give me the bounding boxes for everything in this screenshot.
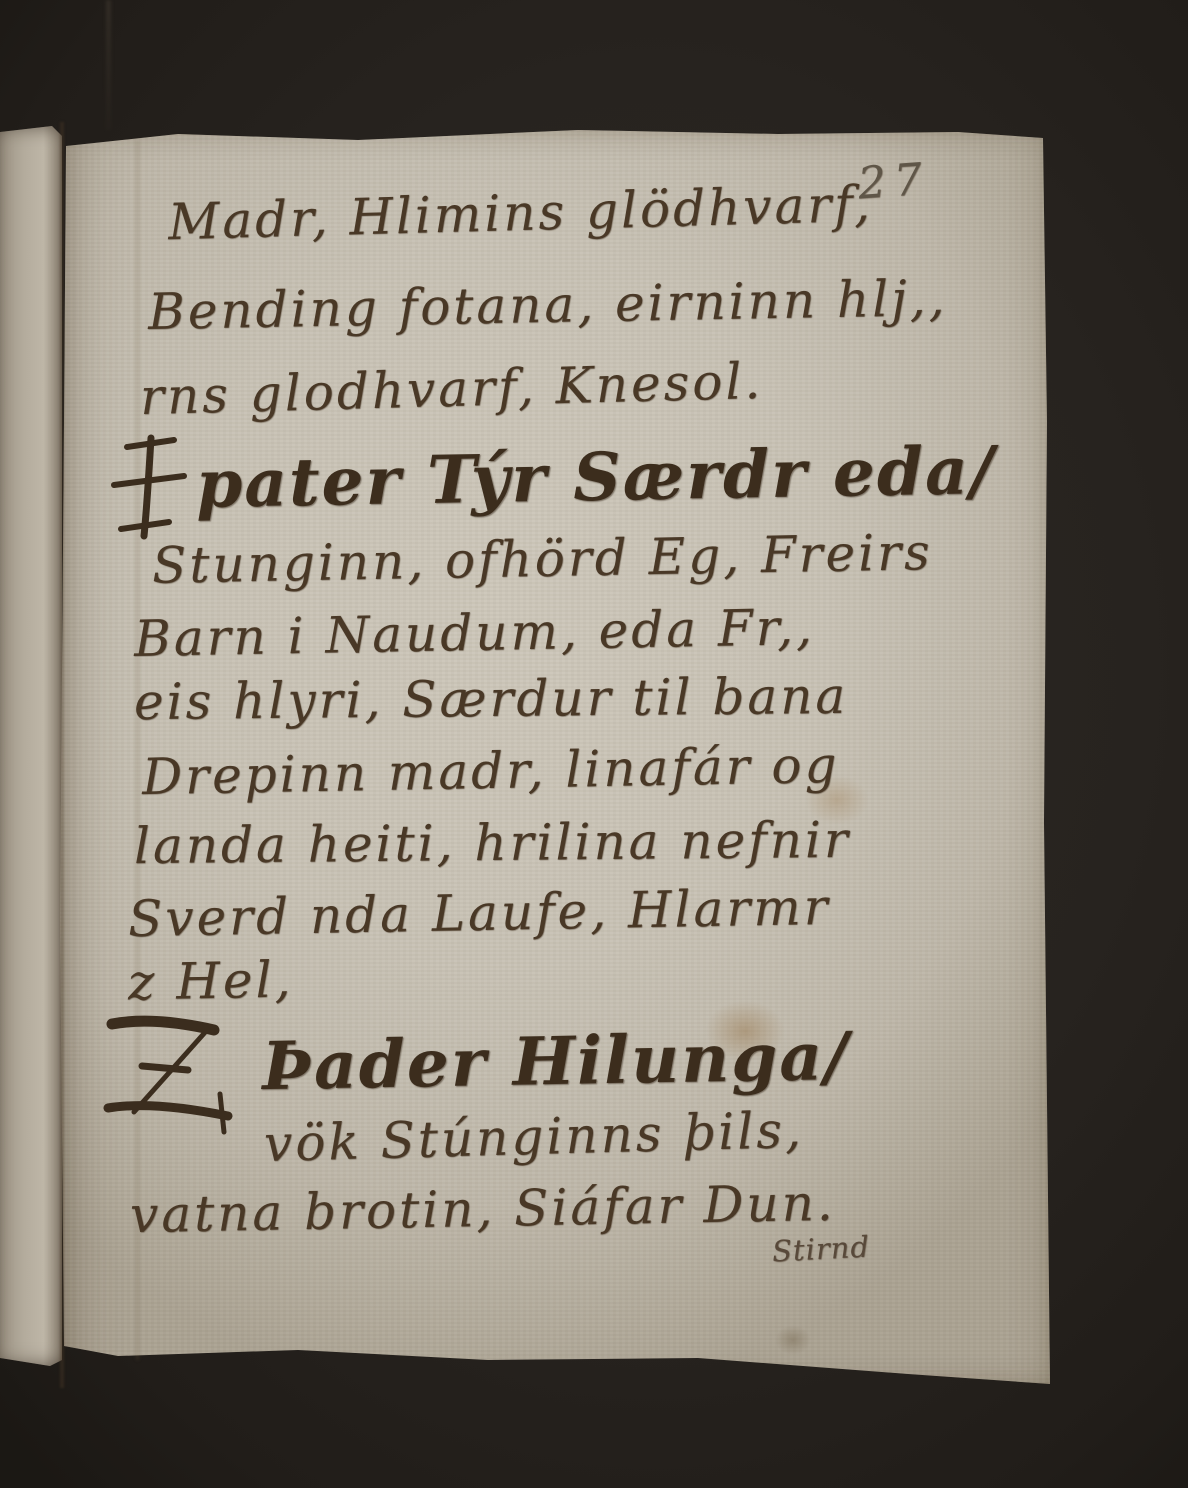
cross-rune-icon: [106, 432, 192, 544]
catchword: Stirnd: [771, 1229, 871, 1268]
manuscript-header: pater Týr Særdr eda/: [195, 431, 996, 523]
adjacent-page-edge: [0, 126, 62, 1366]
manuscript-line: eis hlyri, Særdur til bana: [134, 667, 849, 731]
manuscript-line: Sverd nda Laufe, Hlarmr: [128, 878, 831, 948]
z-rune-icon: [94, 1004, 256, 1138]
page-fold-line: [136, 140, 139, 1360]
manuscript-line: vatna brotin, Siáfar Dun.: [130, 1174, 837, 1244]
binding-crease: [60, 122, 64, 1388]
manuscript-line: z Hel,: [128, 951, 294, 1012]
backdrop-seam: [106, 0, 111, 130]
manuscript-line: landa heiti, hrilina nefnir: [134, 811, 851, 875]
manuscript-header: Þader Hilunga/: [261, 1017, 850, 1105]
manuscript-line: Drepinn madr, linafár og: [142, 736, 840, 806]
manuscript-line: Barn i Naudum, eda Fr,,: [134, 598, 816, 668]
manuscript-photo: 27 Madr, Hlimins glödhvarf, Bending fota…: [0, 0, 1188, 1488]
